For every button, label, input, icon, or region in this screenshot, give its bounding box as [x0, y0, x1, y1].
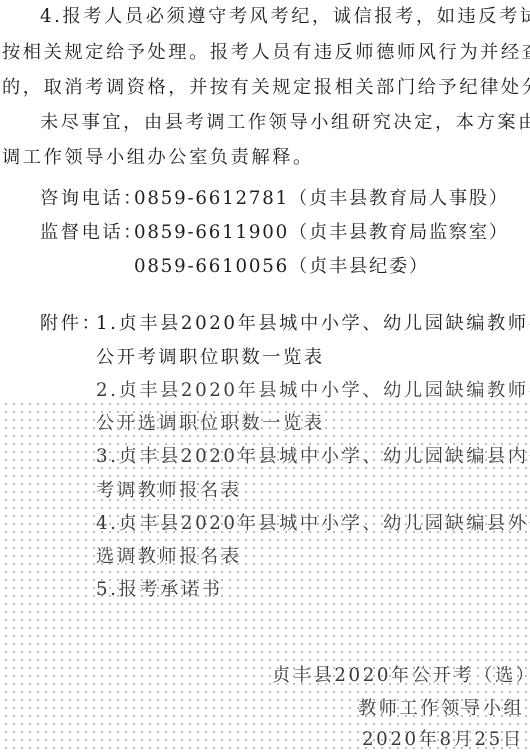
supervise-phone-label: 监督电话：	[40, 222, 144, 244]
attachment-1-line-1: 1.贞丰县2020年县城中小学、幼儿园缺编教师县内	[96, 313, 530, 335]
supervise-phone-value-2: 0859-6610056（贞丰县纪委）	[134, 256, 429, 278]
signature-org-line-2: 教师工作领导小组	[358, 698, 524, 720]
attachments-label: 附件：	[40, 313, 102, 335]
paragraph-4-line-1: 4.报考人员必须遵守考风考纪，诚信报考，如违反考试纪律，	[40, 6, 530, 28]
signature-date: 2020年8月25日	[362, 729, 524, 751]
supervise-phone-value-1: 0859-6611900（贞丰县教育局监察室）	[134, 222, 509, 244]
consult-phone-label: 咨询电话：	[40, 188, 144, 210]
attachment-3-line-2: 考调教师报名表	[96, 480, 242, 502]
attachment-4-line-1: 4.贞丰县2020年县城中小学、幼儿园缺编县外公开	[96, 513, 530, 535]
closing-paragraph-line-2: 调工作领导小组办公室负责解释。	[2, 147, 314, 169]
consult-phone-value: 0859-6612781（贞丰县教育局人事股）	[134, 188, 509, 210]
closing-paragraph-line-1: 未尽事宜，由县考调工作领导小组研究决定，本方案由县考	[40, 112, 530, 134]
document-page: 4.报考人员必须遵守考风考纪，诚信报考，如违反考试纪律， 按相关规定给予处理。报…	[0, 0, 530, 752]
attachment-4-line-2: 选调教师报名表	[96, 546, 242, 568]
attachment-2-line-1: 2.贞丰县2020年县城中小学、幼儿园缺编教师县外	[96, 380, 530, 402]
paragraph-4-line-3: 的，取消考调资格，并按有关规定报相关部门给予纪律处分。	[2, 77, 530, 99]
signature-org-line-1: 贞丰县2020年公开考（选）调	[272, 665, 530, 687]
attachment-1-line-2: 公开考调职位职数一览表	[96, 347, 325, 369]
attachment-3-line-1: 3.贞丰县2020年县城中小学、幼儿园缺编县内公开	[96, 446, 530, 468]
attachment-2-line-2: 公开选调职位职数一览表	[96, 413, 325, 435]
paragraph-4-line-2: 按相关规定给予处理。报考人员有违反师德师风行为并经查实	[2, 42, 530, 64]
attachment-5: 5.报考承诺书	[96, 579, 223, 601]
